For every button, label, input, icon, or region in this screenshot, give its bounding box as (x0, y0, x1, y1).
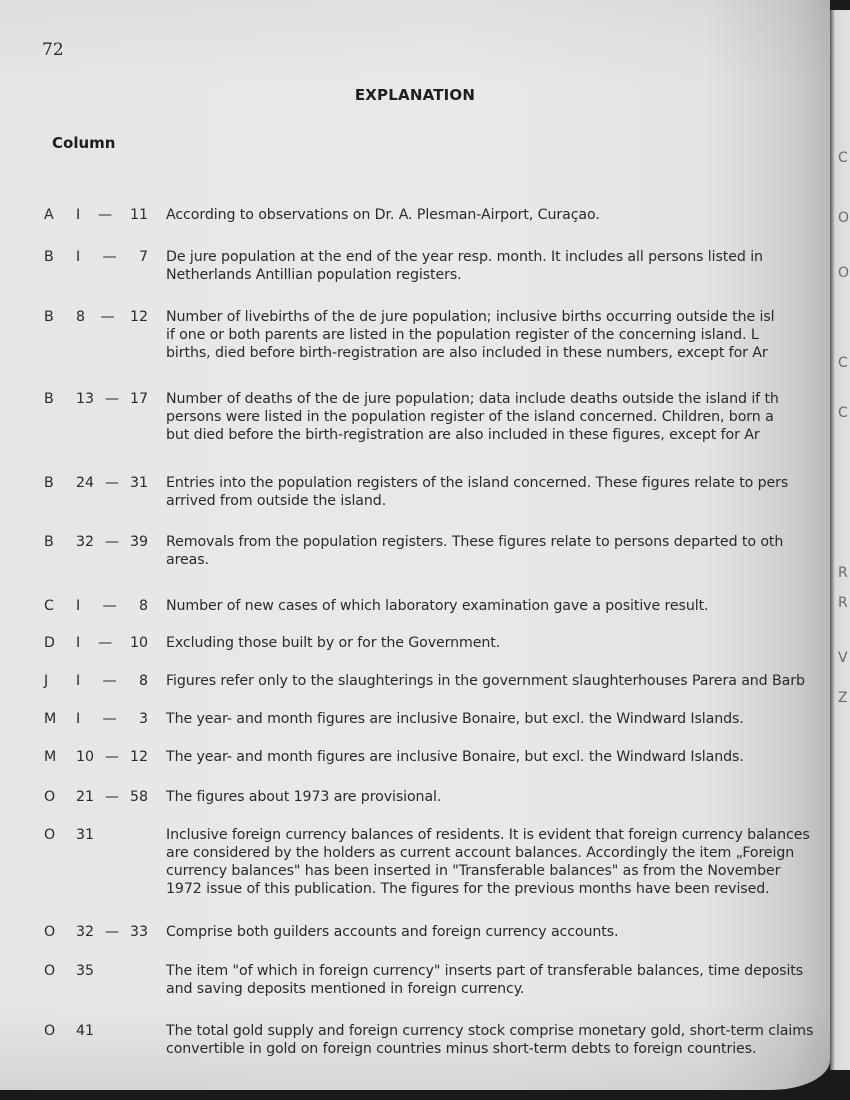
explanation-entry: CI—8Number of new cases of which laborat… (44, 597, 830, 615)
explanation-entry: O21—58The figures about 1973 are provisi… (44, 788, 830, 806)
entry-column-range: I—11 (66, 206, 166, 224)
entry-description-line: The year- and month figures are inclusiv… (166, 710, 830, 728)
document-page: 72 EXPLANATION Column AI—11According to … (0, 0, 830, 1090)
entry-column-range: 10—12 (66, 748, 166, 766)
entry-column-range: I—7 (66, 248, 166, 284)
facing-page-glyph: V (838, 650, 848, 666)
entry-description: Comprise both guilders accounts and fore… (166, 923, 830, 941)
facing-page-glyph: Z (838, 690, 848, 706)
entry-table-letter: B (44, 248, 66, 284)
entry-table-letter: O (44, 962, 66, 998)
explanation-entry: BI—7De jure population at the end of the… (44, 248, 830, 284)
entry-table-letter: B (44, 533, 66, 569)
entry-column-range: I—8 (66, 597, 166, 615)
entry-description: According to observations on Dr. A. Ples… (166, 206, 830, 224)
entry-column-range: 35 (66, 962, 166, 998)
explanation-entry: MI—3The year- and month figures are incl… (44, 710, 830, 728)
entry-description-line: De jure population at the end of the yea… (166, 248, 830, 266)
entry-description-line: if one or both parents are listed in the… (166, 326, 830, 344)
entry-table-letter: O (44, 1022, 66, 1058)
entry-description-line: births, died before birth-registration a… (166, 344, 830, 362)
entry-description: The item "of which in foreign currency" … (166, 962, 830, 998)
facing-page-glyph: O (838, 265, 849, 281)
entry-table-letter: O (44, 826, 66, 898)
entry-description-line: The figures about 1973 are provisional. (166, 788, 830, 806)
explanation-entry: DI—10Excluding those built by or for the… (44, 634, 830, 652)
explanation-entry: O35The item "of which in foreign currenc… (44, 962, 830, 998)
entry-description-line: Excluding those built by or for the Gove… (166, 634, 830, 652)
facing-page-glyph: R (838, 565, 848, 581)
entry-table-letter: D (44, 634, 66, 652)
entry-table-letter: O (44, 788, 66, 806)
entry-column-range: 41 (66, 1022, 166, 1058)
explanation-entry: B8—12Number of livebirths of the de jure… (44, 308, 830, 362)
entry-description-line: but died before the birth-registration a… (166, 426, 830, 444)
entry-column-range: 21—58 (66, 788, 166, 806)
facing-page-glyph: C (838, 150, 848, 166)
entry-description: The year- and month figures are inclusiv… (166, 748, 830, 766)
entry-description: Removals from the population registers. … (166, 533, 830, 569)
entry-description-line: are considered by the holders as current… (166, 844, 830, 862)
entry-column-range: 24—31 (66, 474, 166, 510)
explanation-entry: O32—33Comprise both guilders accounts an… (44, 923, 830, 941)
entry-description-line: According to observations on Dr. A. Ples… (166, 206, 830, 224)
entry-description-line: Comprise both guilders accounts and fore… (166, 923, 830, 941)
entry-description-line: 1972 issue of this publication. The figu… (166, 880, 830, 898)
entry-description-line: The year- and month figures are inclusiv… (166, 748, 830, 766)
explanation-entry: B24—31Entries into the population regist… (44, 474, 830, 510)
entry-description: Entries into the population registers of… (166, 474, 830, 510)
explanation-entry: B13—17Number of deaths of the de jure po… (44, 390, 830, 444)
entry-description-line: Netherlands Antillian population registe… (166, 266, 830, 284)
explanation-entry: AI—11According to observations on Dr. A.… (44, 206, 830, 224)
entry-description-line: areas. (166, 551, 830, 569)
entry-description: The figures about 1973 are provisional. (166, 788, 830, 806)
entry-description-line: The item "of which in foreign currency" … (166, 962, 830, 980)
explanation-entry: M10—12The year- and month figures are in… (44, 748, 830, 766)
entry-table-letter: B (44, 308, 66, 362)
entry-description: The total gold supply and foreign curren… (166, 1022, 830, 1058)
entry-description-line: Figures refer only to the slaughterings … (166, 672, 830, 690)
explanation-entry: B32—39Removals from the population regis… (44, 533, 830, 569)
entry-column-range: 32—33 (66, 923, 166, 941)
entry-column-range: 32—39 (66, 533, 166, 569)
entry-table-letter: B (44, 390, 66, 444)
facing-page-glyph: O (838, 210, 849, 226)
entry-column-range: 13—17 (66, 390, 166, 444)
facing-page-edge: COOCCRRVZ (830, 10, 850, 1070)
entry-description-line: Number of deaths of the de jure populati… (166, 390, 830, 408)
entry-table-letter: J (44, 672, 66, 690)
explanation-entry: JI—8Figures refer only to the slaughteri… (44, 672, 830, 690)
entry-description-line: persons were listed in the population re… (166, 408, 830, 426)
explanation-entry: O41The total gold supply and foreign cur… (44, 1022, 830, 1058)
entry-description-line: Inclusive foreign currency balances of r… (166, 826, 830, 844)
entry-description-line: currency balances" has been inserted in … (166, 862, 830, 880)
entry-description-line: and saving deposits mentioned in foreign… (166, 980, 830, 998)
entry-description-line: Removals from the population registers. … (166, 533, 830, 551)
entry-description-line: The total gold supply and foreign curren… (166, 1022, 830, 1040)
entry-description-line: Number of new cases of which laboratory … (166, 597, 830, 615)
explanation-list: AI—11According to observations on Dr. A.… (0, 0, 830, 1090)
entry-table-letter: M (44, 710, 66, 728)
entry-column-range: I—3 (66, 710, 166, 728)
entry-description: The year- and month figures are inclusiv… (166, 710, 830, 728)
entry-description: Figures refer only to the slaughterings … (166, 672, 830, 690)
facing-page-glyph: C (838, 355, 848, 371)
entry-description: Number of new cases of which laboratory … (166, 597, 830, 615)
entry-description-line: arrived from outside the island. (166, 492, 830, 510)
entry-table-letter: C (44, 597, 66, 615)
entry-table-letter: B (44, 474, 66, 510)
entry-description-line: Entries into the population registers of… (166, 474, 830, 492)
entry-description-line: Number of livebirths of the de jure popu… (166, 308, 830, 326)
entry-table-letter: O (44, 923, 66, 941)
entry-description: Number of livebirths of the de jure popu… (166, 308, 830, 362)
entry-column-range: 31 (66, 826, 166, 898)
entry-table-letter: A (44, 206, 66, 224)
entry-column-range: I—8 (66, 672, 166, 690)
entry-description: Number of deaths of the de jure populati… (166, 390, 830, 444)
entry-description: De jure population at the end of the yea… (166, 248, 830, 284)
entry-table-letter: M (44, 748, 66, 766)
entry-column-range: 8—12 (66, 308, 166, 362)
entry-description: Inclusive foreign currency balances of r… (166, 826, 830, 898)
explanation-entry: O31Inclusive foreign currency balances o… (44, 826, 830, 898)
entry-column-range: I—10 (66, 634, 166, 652)
facing-page-glyph: C (838, 405, 848, 421)
entry-description-line: convertible in gold on foreign countries… (166, 1040, 830, 1058)
entry-description: Excluding those built by or for the Gove… (166, 634, 830, 652)
facing-page-glyph: R (838, 595, 848, 611)
